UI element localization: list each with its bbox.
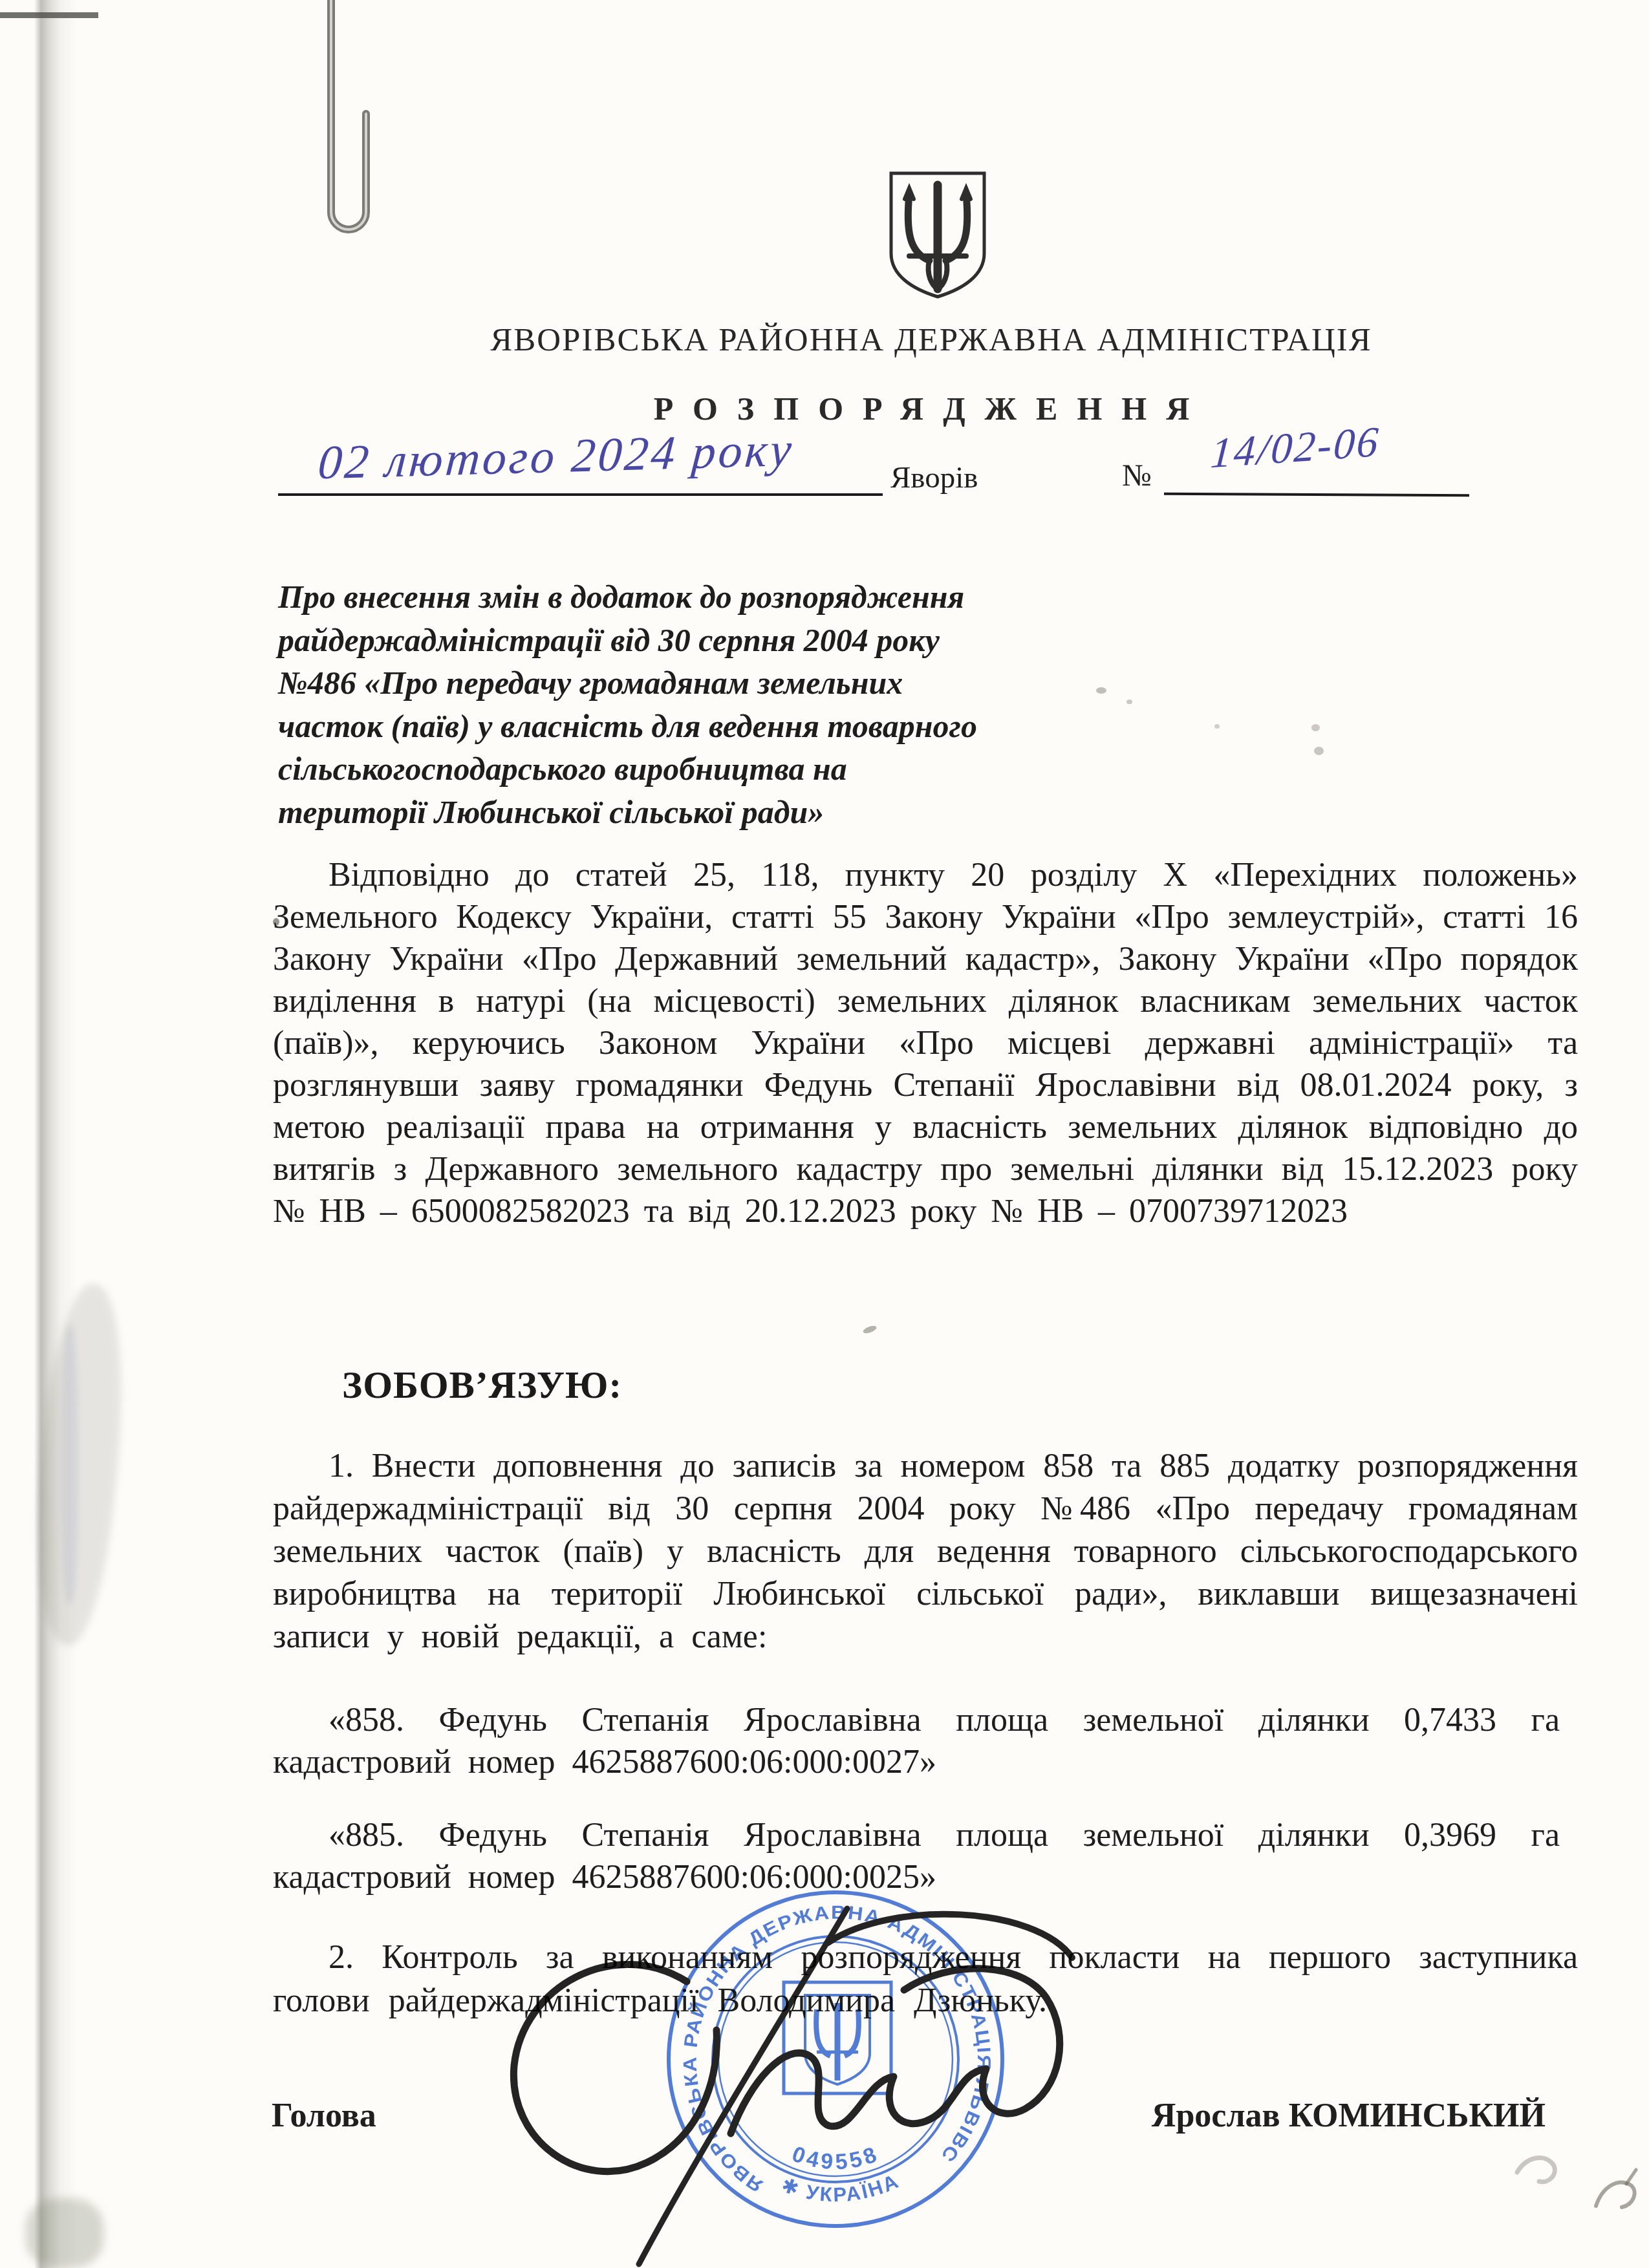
handwritten-date: 02 лютого 2024 року [316,423,796,491]
item-1-paragraph: 1. Внести доповнення до записів за номер… [273,1445,1578,1658]
number-underline [1164,493,1469,497]
paperclip [331,0,366,230]
trident-emblem-icon [891,173,984,297]
number-sign: № [1122,458,1152,493]
signer-title: Голова [272,2097,376,2135]
resolution-heading: ЗОБОВ’ЯЗУЮ: [342,1363,622,1407]
org-name-title: ЯВОРІВСЬКА РАЙОННА ДЕРЖАВНА АДМІНІСТРАЦІ… [401,321,1461,359]
preamble-paragraph: Відповідно до статей 25, 118, пункту 20 … [273,854,1578,1232]
dust-speck [1314,747,1324,755]
document-type-heading: РОЗПОРЯДЖЕННЯ [401,390,1461,427]
record-885-paragraph: «885. Федунь Степанія Ярославівна площа … [273,1814,1560,1898]
bottom-right-pen-smudges [1517,2158,1636,2207]
place-label: Яворів [890,460,978,495]
dust-speck [1311,724,1320,731]
item-2-paragraph: 2. Контроль за виконанням розпорядження … [273,1936,1578,2022]
scanner-left-edge-shadow [0,0,78,2268]
scanned-document-page: { "document": { "org_name": "ЯВОРІВСЬКА … [0,0,1649,2268]
dust-speck [1214,724,1220,729]
ink-speck [862,1325,878,1335]
record-858-paragraph: «858. Федунь Степанія Ярославівна площа … [273,1699,1560,1783]
scanner-top-edge-line [0,12,98,18]
subject-paragraph: Про внесення змін в додаток до розпорядж… [278,575,1138,833]
left-margin-blue-streak [61,1325,78,1603]
date-underline [278,493,883,496]
scanner-bottom-left-smudge [26,2198,103,2268]
signer-name: Ярослав КОМИНСЬКИЙ [1061,2097,1546,2135]
